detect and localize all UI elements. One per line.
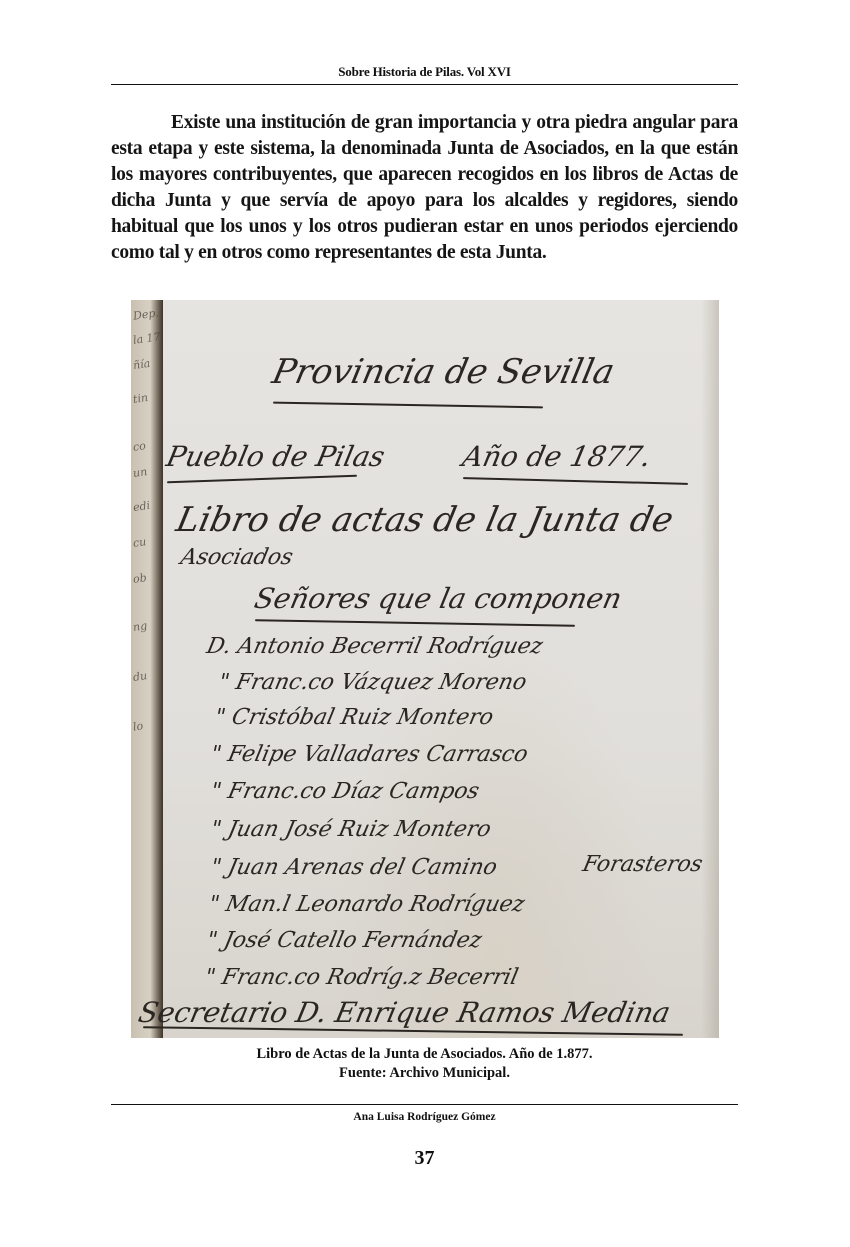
spine-scrawl: ñía bbox=[132, 357, 151, 372]
manuscript-member: " Franc.co Rodríg.z Becerril bbox=[202, 965, 520, 990]
manuscript-member: " Cristóbal Ruiz Montero bbox=[212, 705, 495, 730]
manuscript-book-title-2: Asociados bbox=[178, 545, 295, 570]
manuscript-member: " Franc.co Díaz Campos bbox=[208, 779, 481, 804]
manuscript-secretary: Secretario D. Enrique Ramos Medina bbox=[135, 996, 673, 1029]
page-number: 37 bbox=[111, 1147, 738, 1170]
spine-scrawl: lo bbox=[132, 719, 144, 733]
manuscript-photo: Dep. la 17 ñía tin co un edi cu ob ng du… bbox=[131, 300, 719, 1038]
caption-source: Fuente: Archivo Municipal. bbox=[111, 1064, 738, 1083]
header-rule bbox=[111, 84, 738, 85]
footer-rule bbox=[111, 1104, 738, 1105]
manuscript-member: D. Antonio Becerril Rodríguez bbox=[204, 634, 545, 659]
spine-scrawl: Dep. bbox=[132, 306, 159, 322]
running-header-title: Sobre Historia de Pilas. Vol XVI bbox=[111, 64, 738, 80]
manuscript-year: Año de 1877. bbox=[459, 440, 654, 473]
ink-underline bbox=[255, 619, 575, 627]
spine-scrawl: la 17 bbox=[132, 330, 161, 347]
spine-scrawl: tin bbox=[132, 391, 149, 406]
manuscript-member: " José Catello Fernández bbox=[204, 928, 484, 953]
book-spine: Dep. la 17 ñía tin co un edi cu ob ng du… bbox=[131, 300, 163, 1038]
spine-scrawl: cu bbox=[132, 535, 147, 550]
manuscript-member: " Juan Arenas del Camino bbox=[208, 855, 499, 880]
manuscript-book-title-1: Libro de actas de la Junta de bbox=[173, 500, 677, 540]
manuscript-side-note: Forasteros bbox=[580, 852, 704, 877]
manuscript-province: Provincia de Sevilla bbox=[269, 352, 618, 392]
spine-scrawl: du bbox=[132, 669, 148, 684]
manuscript-member: " Juan José Ruiz Montero bbox=[208, 817, 493, 842]
manuscript-member: " Franc.co Vázquez Moreno bbox=[216, 670, 529, 695]
spine-scrawl: un bbox=[132, 465, 148, 480]
ink-underline bbox=[167, 475, 357, 484]
body-paragraph: Existe una institución de gran importanc… bbox=[111, 110, 738, 266]
figure-caption: Libro de Actas de la Junta de Asociados.… bbox=[111, 1045, 738, 1083]
manuscript-member: " Man.l Leonardo Rodríguez bbox=[206, 892, 527, 917]
manuscript-members-heading: Señores que la componen bbox=[251, 582, 624, 615]
page-edge-shadow bbox=[701, 300, 719, 1038]
spine-scrawl: ob bbox=[132, 571, 147, 586]
manuscript-town: Pueblo de Pilas bbox=[163, 440, 387, 473]
spine-scrawl: ng bbox=[132, 619, 148, 634]
running-footer-author: Ana Luisa Rodríguez Gómez bbox=[111, 1111, 738, 1123]
ink-underline bbox=[463, 477, 688, 485]
manuscript-page: Provincia de Sevilla Pueblo de Pilas Año… bbox=[163, 300, 719, 1038]
spine-scrawl: co bbox=[132, 439, 146, 454]
ink-underline bbox=[273, 402, 543, 409]
manuscript-member: " Felipe Valladares Carrasco bbox=[208, 742, 530, 767]
spine-scrawl: edi bbox=[132, 499, 151, 514]
caption-title: Libro de Actas de la Junta de Asociados.… bbox=[111, 1045, 738, 1064]
